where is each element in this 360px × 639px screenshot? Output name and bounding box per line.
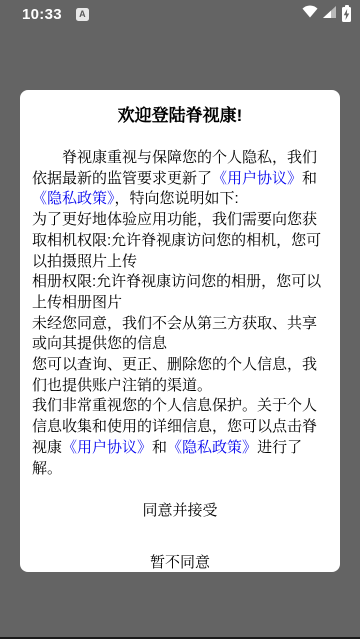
user-agreement-link[interactable]: 《用户协议》	[62, 439, 152, 456]
privacy-policy-link[interactable]: 《隐私政策》	[32, 190, 115, 207]
paragraph-account-deletion: 您可以查询、更正、删除您的个人信息，我们也提供账户注销的渠道。	[32, 355, 328, 396]
paragraph-more-info: 我们非常重视您的个人信息保护。关于个人信息收集和使用的详细信息，您可以点击脊视康…	[32, 396, 328, 479]
agree-button[interactable]: 同意并接受	[32, 501, 328, 521]
paragraph-third-party: 未经您同意，我们不会从第三方获取、共享或向其提供您的信息	[32, 314, 328, 355]
cellular-signal-icon	[323, 5, 337, 23]
battery-charging-icon	[342, 7, 351, 22]
paragraph-album-permission: 相册权限:允许脊视康访问您的相册，您可以上传相册图片	[32, 272, 328, 313]
dialog-body: 脊视康重视与保障您的个人隐私，我们依据最新的监管要求更新了《用户协议》和《隐私政…	[32, 148, 328, 479]
paragraph-intro: 脊视康重视与保障您的个人隐私，我们依据最新的监管要求更新了《用户协议》和《隐私政…	[32, 148, 328, 210]
user-agreement-link[interactable]: 《用户协议》	[212, 170, 302, 187]
dialog-title: 欢迎登陆脊视康!	[32, 104, 328, 128]
status-bar: 10:33 A	[0, 0, 360, 28]
paragraph-camera-permission: 为了更好地体验应用功能，我们需要向您获取相机权限:允许脊视康访问您的相机，您可以…	[32, 210, 328, 272]
disagree-button[interactable]: 暂不同意	[32, 553, 328, 573]
notification-app-icon: A	[76, 8, 89, 21]
privacy-policy-dialog: 欢迎登陆脊视康! 脊视康重视与保障您的个人隐私，我们依据最新的监管要求更新了《用…	[20, 90, 340, 572]
privacy-policy-link[interactable]: 《隐私政策》	[167, 439, 257, 456]
clock: 10:33	[22, 6, 62, 23]
wifi-icon	[302, 5, 318, 23]
